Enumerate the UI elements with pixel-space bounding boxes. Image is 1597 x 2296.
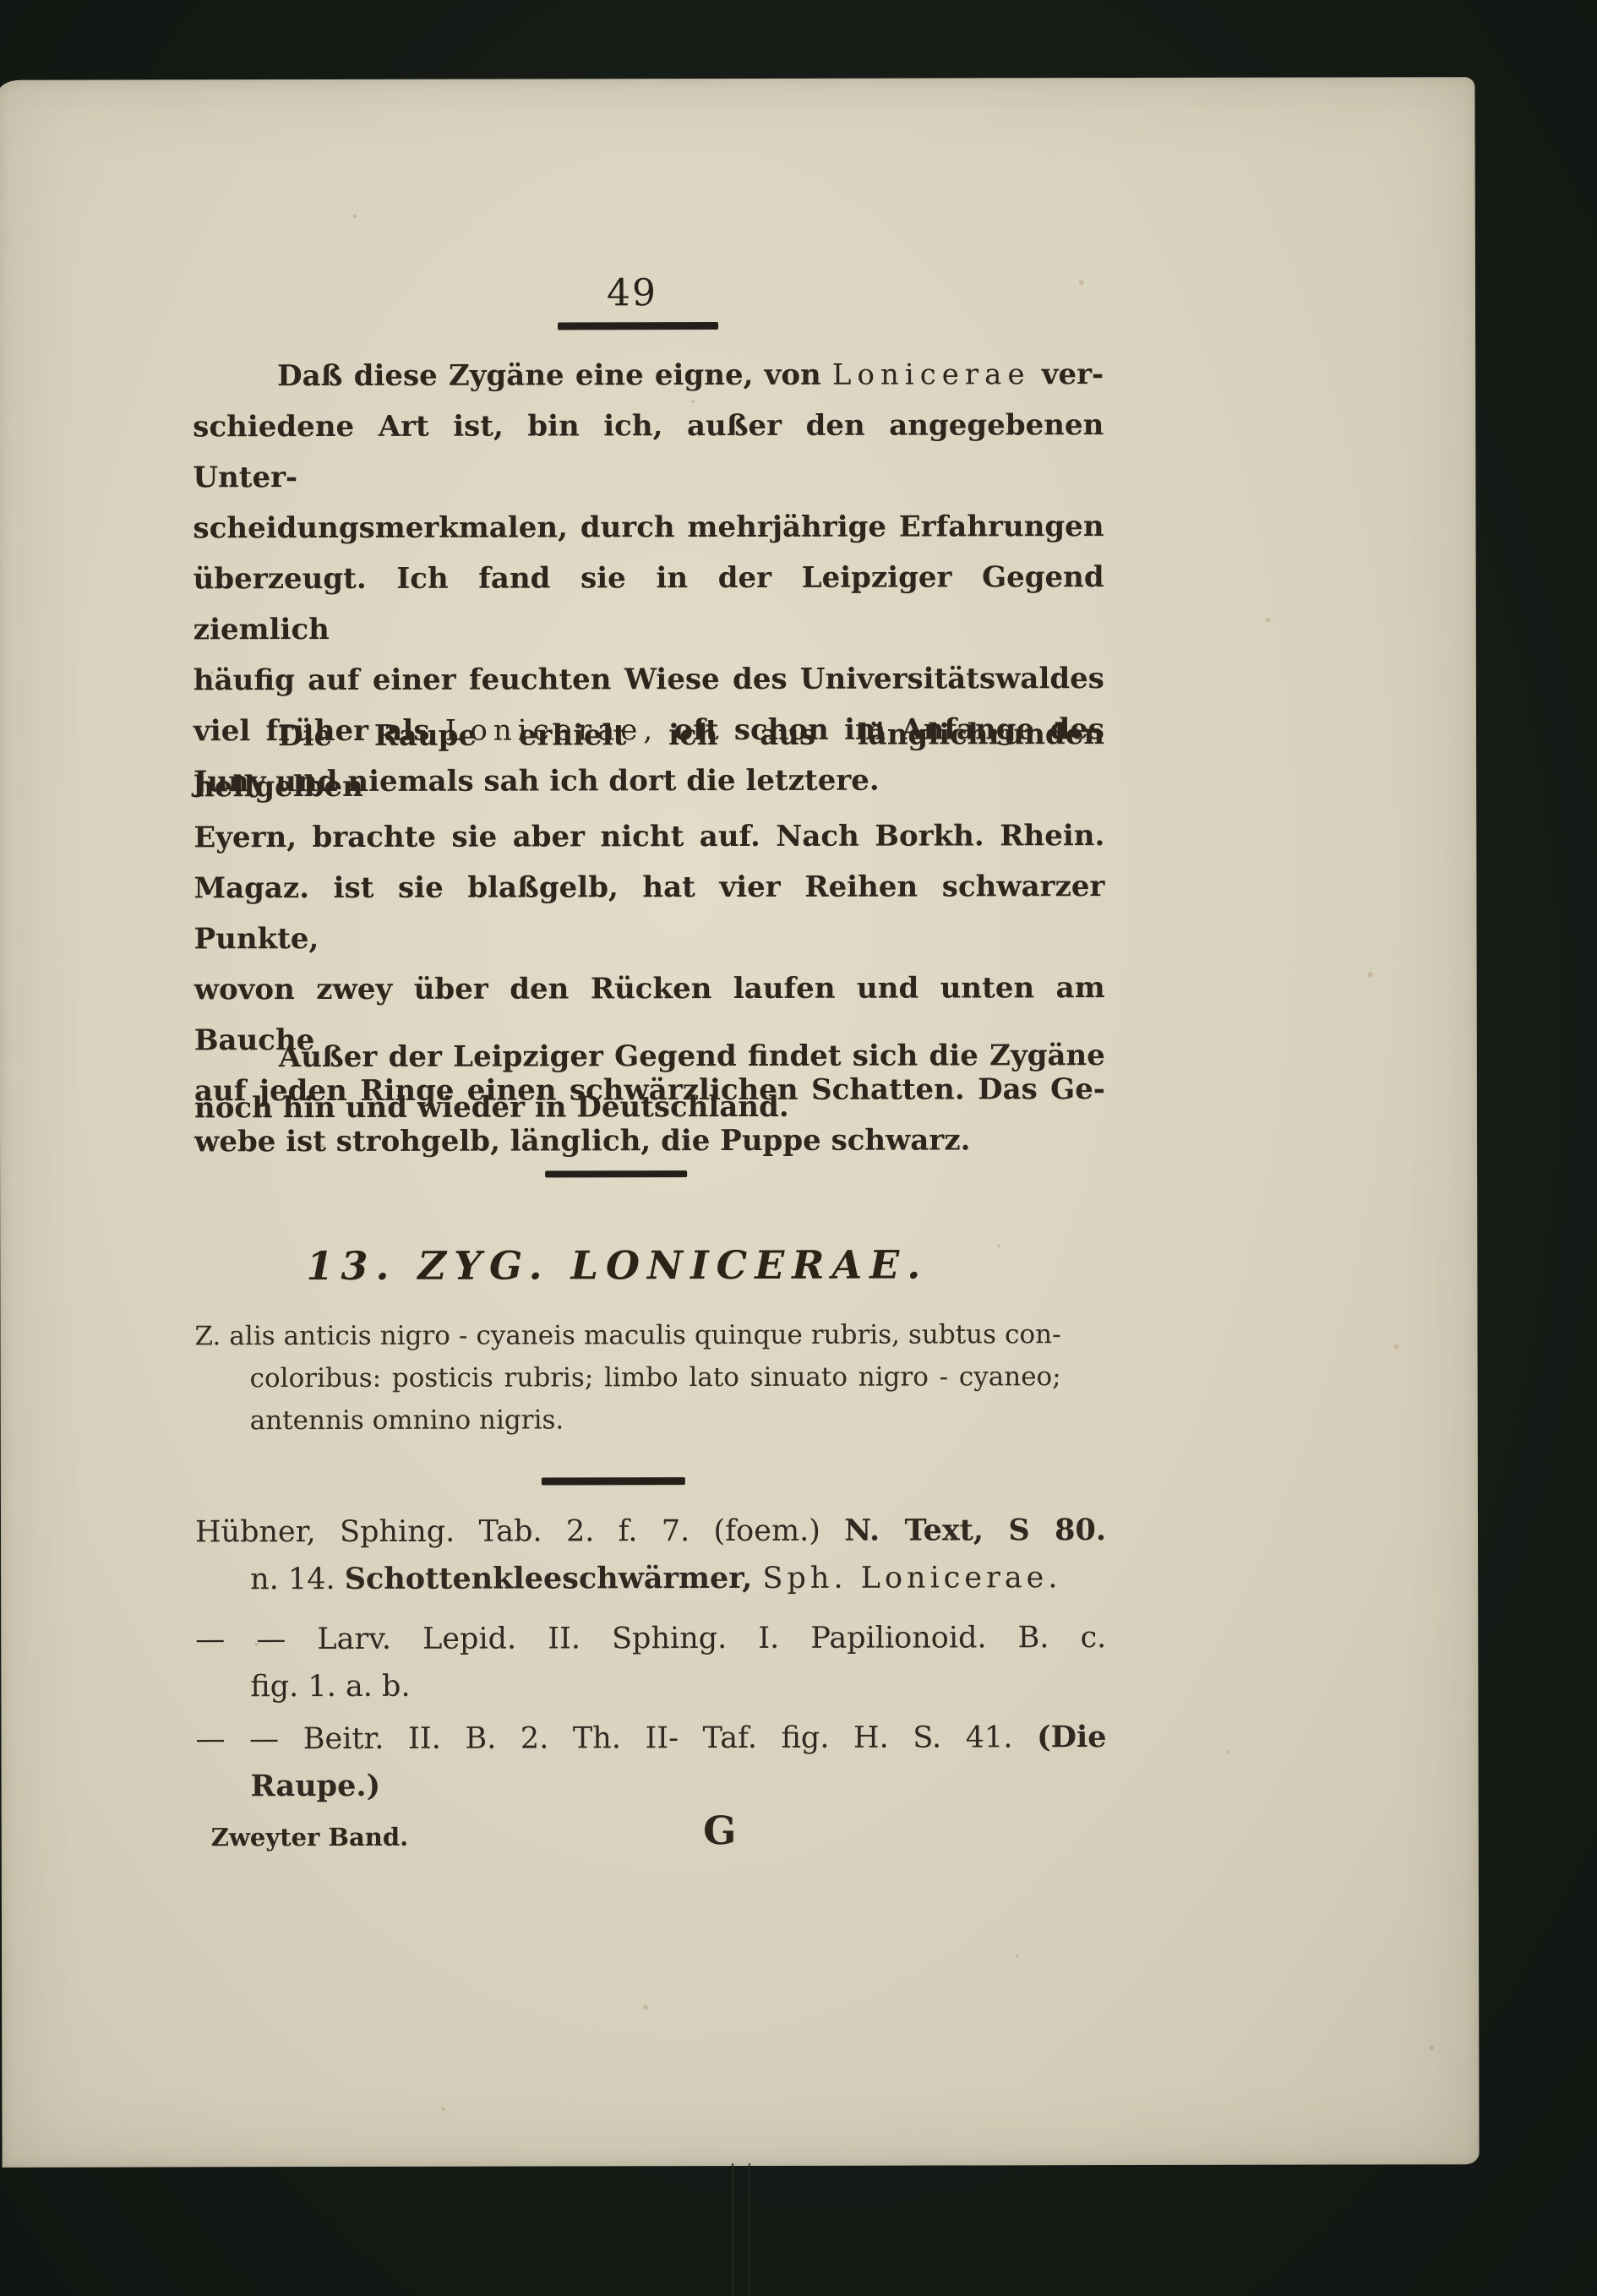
page-number-rule <box>558 322 718 330</box>
section-separator-rule <box>545 1170 687 1177</box>
text-line: Magaz. ist sie blaßgelb, hat vier Reihen… <box>193 861 1104 964</box>
scan-seam <box>732 2163 733 2296</box>
text-line: Raupe.) <box>196 1761 1107 1810</box>
fraktur-segment: Schottenkleeschwärmer, <box>345 1561 763 1596</box>
footer-volume-label: Zweyter Band. <box>211 1823 408 1852</box>
text-line: schiedene Art ist, bin ich, außer den an… <box>193 400 1104 503</box>
text-line: häufig auf einer feuchten Wiese des Univ… <box>193 653 1104 706</box>
reference-entry-larv-lepid: — — Larv. Lepid. II. Sphing. I. Papilion… <box>195 1614 1106 1710</box>
signature-mark: G <box>695 1808 745 1853</box>
scan-seam <box>749 2163 750 2296</box>
text-line: Außer der Leipziger Gegend findet sich d… <box>194 1030 1105 1083</box>
text-line: fig. 1. a. b. <box>195 1661 1106 1710</box>
text-line: Hübner, Sphing. Tab. 2. f. 7. (foem.) N.… <box>195 1507 1106 1556</box>
text-line: Daß diese Zygäne eine eigne, von Lonicer… <box>193 349 1104 401</box>
paragraph-3: Außer der Leipziger Gegend findet sich d… <box>194 1030 1105 1133</box>
species-heading: 13. ZYG. LONICERAE. <box>152 1241 1082 1289</box>
text-line: coloribus: posticis rubris; limbo lato s… <box>195 1355 1061 1399</box>
fraktur-segment: N. Text, S 80. <box>844 1513 1106 1548</box>
species-name-inline: Lonicerae <box>832 357 1031 391</box>
text-line: Die Raupe erhielt ich aus länglichrunden… <box>193 709 1104 812</box>
fraktur-segment: (Die <box>1037 1720 1107 1754</box>
text-line: n. 14. Schottenkleeschwärmer, Sph. Lonic… <box>195 1554 1106 1603</box>
text-line: noch hin und wieder in Deutschland. <box>194 1081 1105 1133</box>
text-line: Z. alis anticis nigro - cyaneis maculis … <box>194 1313 1060 1357</box>
text-line: überzeugt. Ich fand sie in der Leipziger… <box>193 552 1104 655</box>
text-line: — — Beitr. II. B. 2. Th. II- Taf. fig. H… <box>195 1714 1106 1763</box>
scan-background: 49 Daß diese Zygäne eine eigne, von Loni… <box>0 0 1597 2296</box>
text-line: Eyern, brachte sie aber nicht auf. Nach … <box>193 810 1104 863</box>
paper-speckles <box>353 215 357 218</box>
reference-entry-beitr: — — Beitr. II. B. 2. Th. II- Taf. fig. H… <box>195 1714 1106 1810</box>
species-name-inline: Sph. Lonicerae. <box>762 1561 1061 1595</box>
section-separator-rule-2 <box>542 1477 685 1485</box>
text-line: — — Larv. Lepid. II. Sphing. I. Papilion… <box>195 1614 1106 1663</box>
reference-entry-huebner: Hübner, Sphing. Tab. 2. f. 7. (foem.) N.… <box>195 1507 1106 1603</box>
page-number: 49 <box>471 271 793 315</box>
text-line: antennis omnino nigris. <box>195 1398 1061 1442</box>
latin-diagnosis: Z. alis anticis nigro - cyaneis maculis … <box>194 1313 1060 1442</box>
text-line: scheidungsmerkmalen, durch mehrjährige E… <box>193 501 1104 554</box>
book-page: 49 Daß diese Zygäne eine eigne, von Loni… <box>0 77 1480 2168</box>
